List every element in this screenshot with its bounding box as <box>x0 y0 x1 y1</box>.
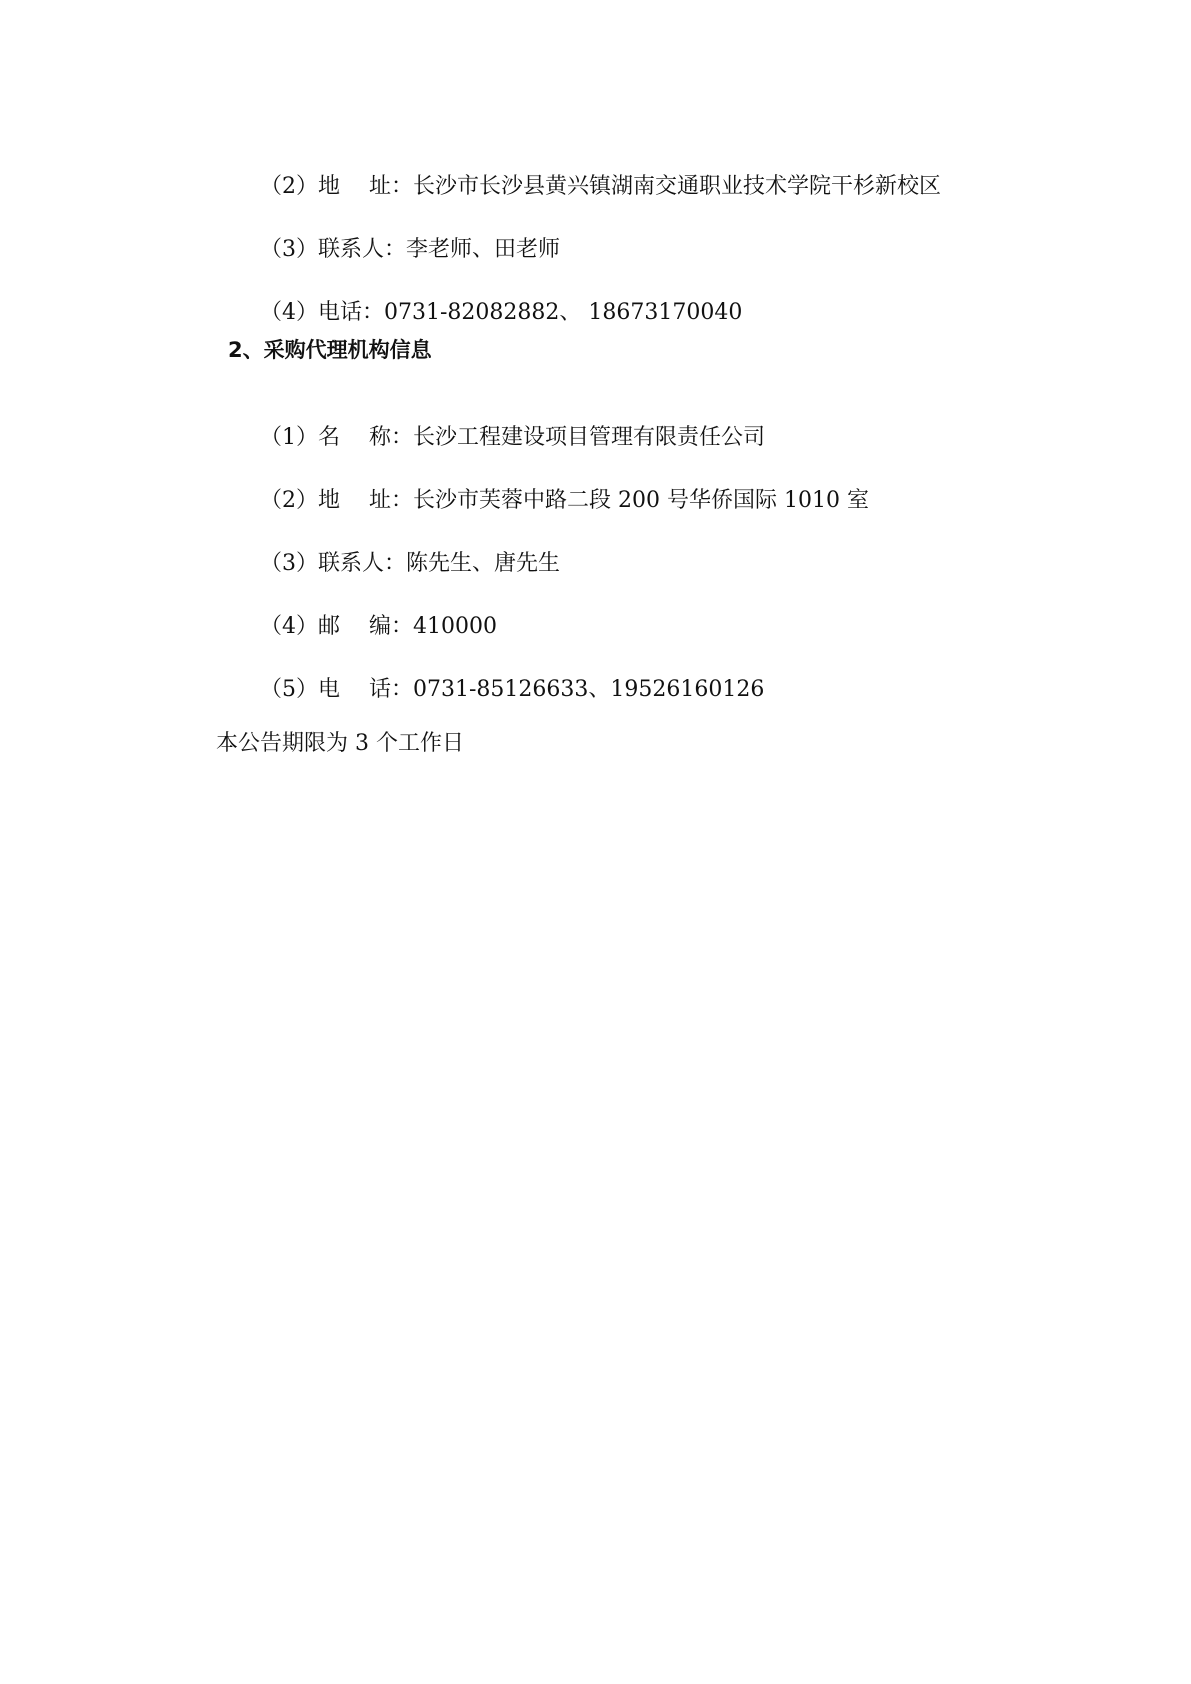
agency-phone-line: （5）电 话：0731-85126633、19526160126 <box>232 651 764 729</box>
purchaser-contact-value: 李老师、田老师 <box>406 237 560 262</box>
agency-postcode-value: 410000 <box>413 614 497 639</box>
agency-name-label: （1）名 称： <box>260 425 413 450</box>
agency-section-heading: 2、采购代理机构信息 <box>228 337 432 363</box>
agency-phone-value: 0731-85126633、19526160126 <box>413 677 764 702</box>
closing-note: 本公告期限为 3 个工作日 <box>216 731 464 757</box>
purchaser-phone-value: 0731-82082882、 18673170040 <box>384 300 742 325</box>
purchaser-phone-label: （4）电话： <box>260 300 384 325</box>
agency-name-value: 长沙工程建设项目管理有限责任公司 <box>413 425 765 450</box>
agency-address-value: 长沙市芙蓉中路二段 200 号华侨国际 1010 室 <box>413 488 869 513</box>
agency-postcode-label: （4）邮 编： <box>260 614 413 639</box>
purchaser-address-label: （2）地 址： <box>260 174 413 199</box>
agency-phone-label: （5）电 话： <box>260 677 413 702</box>
agency-contact-value: 陈先生、唐先生 <box>406 551 560 576</box>
purchaser-contact-label: （3）联系人： <box>260 237 406 262</box>
purchaser-address-value: 长沙市长沙县黄兴镇湖南交通职业技术学院干杉新校区 <box>413 174 941 199</box>
agency-address-label: （2）地 址： <box>260 488 413 513</box>
agency-contact-label: （3）联系人： <box>260 551 406 576</box>
